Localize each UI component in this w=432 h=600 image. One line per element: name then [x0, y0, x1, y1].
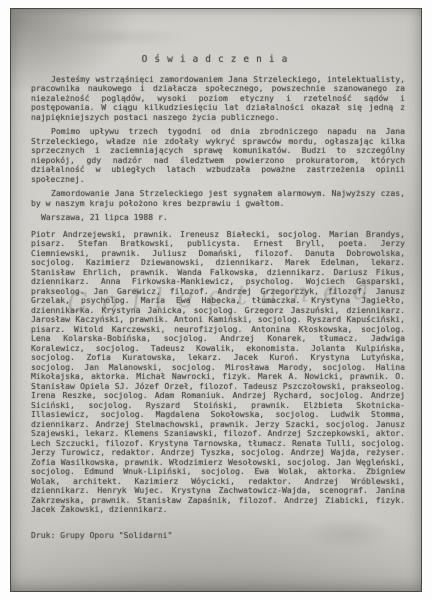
paragraph-2: Pomimo upływu trzech tygodni od dnia zbr… — [31, 127, 405, 184]
paragraph-1: Jesteśmy wstrząśnięci zamordowaniem Jana… — [31, 75, 405, 123]
dateline: Warszawa, 21 lipca 1988 r. — [31, 213, 405, 223]
signatories-list: Piotr Andrzejewski, prawnik. Ireneusz Bi… — [31, 230, 405, 515]
scanned-document-page: Collectanea Oświadczenia Jesteśmy wstrzą… — [10, 8, 422, 592]
document-title: Oświadczenia — [31, 55, 405, 65]
paragraph-3: Zamordowanie Jana Strzeleckiego jest syg… — [31, 189, 405, 208]
paper-stain — [51, 27, 191, 47]
document-body: Oświadczenia Jesteśmy wstrząśnięci zamor… — [31, 55, 405, 540]
paper-stain — [303, 517, 393, 551]
